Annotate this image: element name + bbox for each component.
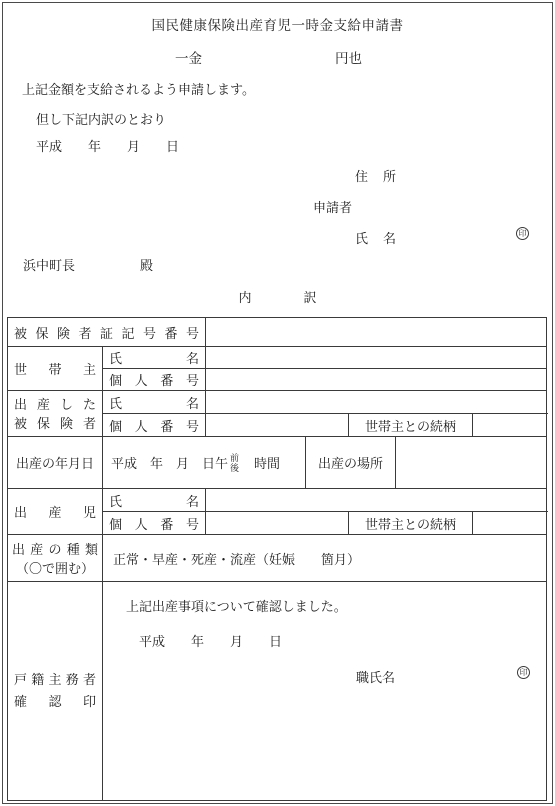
insured-mother-id-value-cell: [206, 414, 349, 436]
insured-mother-relation-label-cell: 世帯主との続柄: [349, 414, 473, 436]
insured-mother-relation-label: 世帯主との続柄: [365, 416, 456, 435]
insured-mother-name-label-cell: 氏名: [103, 391, 206, 413]
insured-mother-id-label: 個人番号: [109, 416, 199, 435]
am-pm-stack: 前 後: [230, 453, 239, 473]
insured-mother-label-cell: 出産した 被保険者: [8, 391, 103, 436]
table-row-registrar: 戸籍主務者 確認印 上記出産事項について確認しました。 平成 年 月 日 職氏名…: [8, 582, 546, 800]
birth-type-label-cell: 出産の種類 （〇で囲む）: [8, 535, 103, 581]
table-row-insured-card: 被保険者証記号番号: [8, 318, 546, 347]
birth-date-label-cell: 出産の年月日: [8, 437, 103, 488]
addressee-name: 浜中町長: [23, 258, 75, 273]
birth-date-value-cell: 平成 年 月 日午 前 後 時間: [103, 437, 306, 488]
birth-date-suffix: 時間: [241, 453, 280, 472]
baby-id-label-cell: 個人番号: [103, 512, 206, 534]
table-row-householder: 世帯主 氏名 個人番号: [8, 347, 546, 391]
baby-id-value-cell: [206, 512, 349, 534]
table-row-birth-type: 出産の種類 （〇で囲む） 正常・早産・死産・流産（妊娠 箇月）: [8, 535, 546, 582]
insured-mother-relation-value-cell: [473, 414, 548, 436]
insured-card-label: 被保険者証記号番号: [14, 323, 199, 342]
proviso-line: 但し下記内訳のとおり: [36, 109, 166, 128]
table-row-baby: 出産児 氏名 個人番号 世帯主との続柄: [8, 489, 546, 535]
am-label: 前: [230, 453, 239, 463]
registrar-date-line: 平成 年 月 日: [139, 631, 282, 650]
registrar-confirm-sentence: 上記出産事項について確認しました。: [126, 596, 347, 615]
table-row-birth-date: 出産の年月日 平成 年 月 日午 前 後 時間 出産の場所: [8, 437, 546, 489]
baby-relation-label-cell: 世帯主との続柄: [349, 512, 473, 534]
applicant-label: 申請者: [313, 197, 352, 216]
baby-name-label-cell: 氏名: [103, 489, 206, 511]
baby-name-row: 氏名: [103, 489, 548, 512]
baby-name-label: 氏名: [109, 491, 199, 510]
insured-mother-label: 出産した 被保険者: [14, 395, 96, 433]
registrar-label: 戸籍主務者 確認印: [14, 669, 96, 713]
breakdown-heading: 内 訳: [0, 287, 555, 306]
birth-place-value-cell: [396, 437, 546, 488]
householder-name-label-cell: 氏名: [103, 347, 206, 368]
householder-id-label: 個人番号: [109, 370, 199, 389]
baby-relation-value-cell: [473, 512, 548, 534]
insured-mother-name-row: 氏名: [103, 391, 548, 414]
addressee-line: 浜中町長 殿: [23, 255, 75, 274]
breakdown-table: 被保険者証記号番号 世帯主 氏名 個人番号: [7, 317, 547, 801]
baby-label-cell: 出産児: [8, 489, 103, 534]
householder-label: 世帯主: [14, 359, 96, 378]
insured-mother-id-label-cell: 個人番号: [103, 414, 206, 436]
name-label: 氏 名: [355, 228, 397, 247]
baby-relation-label: 世帯主との続柄: [365, 514, 456, 533]
householder-name-label: 氏名: [109, 348, 199, 367]
addressee-honorific: 殿: [140, 255, 153, 274]
birth-date-prefix: 平成 年 月 日午: [111, 453, 228, 472]
birth-type-options: 正常・早産・死産・流産（妊娠 箇月）: [113, 549, 360, 568]
birth-place-label-cell: 出産の場所: [306, 437, 396, 488]
baby-subrows: 氏名 個人番号 世帯主との続柄: [103, 489, 548, 534]
insured-mother-name-label: 氏名: [109, 393, 199, 412]
baby-id-row: 個人番号 世帯主との続柄: [103, 512, 548, 534]
householder-id-label-cell: 個人番号: [103, 369, 206, 390]
insured-card-label-cell: 被保険者証記号番号: [8, 318, 206, 346]
baby-name-value-cell: [206, 489, 548, 511]
registrar-seal-icon: 印: [517, 666, 530, 679]
insured-mother-subrows: 氏名 個人番号 世帯主との続柄: [103, 391, 548, 436]
insured-card-value-cell: [206, 318, 546, 346]
birth-type-label: 出産の種類 （〇で囲む）: [12, 539, 98, 577]
applicant-seal-icon: 印: [516, 227, 529, 240]
address-label: 住 所: [355, 166, 397, 185]
householder-name-row: 氏名: [103, 347, 546, 369]
birth-place-label: 出産の場所: [318, 453, 383, 472]
registrar-content-cell: 上記出産事項について確認しました。 平成 年 月 日 職氏名 印: [103, 582, 546, 800]
birth-date-template: 平成 年 月 日午 前 後 時間: [111, 453, 280, 473]
householder-label-cell: 世帯主: [8, 347, 103, 390]
table-row-insured-mother: 出産した 被保険者 氏名 個人番号 世帯主との続柄: [8, 391, 546, 437]
birth-date-label: 出産の年月日: [16, 453, 94, 472]
insured-mother-id-row: 個人番号 世帯主との続柄: [103, 414, 548, 436]
insured-mother-label-line2: 被保険者: [14, 414, 96, 433]
baby-id-label: 個人番号: [109, 514, 199, 533]
registrar-label-line2: 確認印: [14, 691, 96, 713]
application-form-page: { "form": { "title": "国民健康保険出産育児一時金支給申請書…: [0, 0, 555, 806]
birth-type-options-cell: 正常・早産・死産・流産（妊娠 箇月）: [103, 535, 546, 581]
pm-label: 後: [230, 463, 239, 473]
birth-type-label-line2: （〇で囲む）: [12, 558, 98, 577]
registrar-label-cell: 戸籍主務者 確認印: [8, 582, 103, 800]
householder-id-row: 個人番号: [103, 369, 546, 390]
householder-name-value-cell: [206, 347, 546, 368]
householder-id-value-cell: [206, 369, 546, 390]
form-title: 国民健康保険出産育児一時金支給申請書: [0, 14, 555, 34]
birth-type-label-line1: 出産の種類: [12, 539, 98, 558]
amount-suffix-label: 円也: [335, 47, 362, 67]
insured-mother-name-value-cell: [206, 391, 548, 413]
amount-prefix-label: 一金: [175, 47, 202, 67]
request-sentence: 上記金額を支給されるよう申請します。: [22, 79, 255, 98]
application-date-line: 平成 年 月 日: [36, 136, 179, 155]
baby-label: 出産児: [14, 502, 96, 521]
registrar-sign-label: 職氏名: [356, 667, 395, 686]
registrar-label-line1: 戸籍主務者: [14, 669, 96, 691]
householder-subrows: 氏名 個人番号: [103, 347, 546, 390]
insured-mother-label-line1: 出産した: [14, 395, 96, 414]
